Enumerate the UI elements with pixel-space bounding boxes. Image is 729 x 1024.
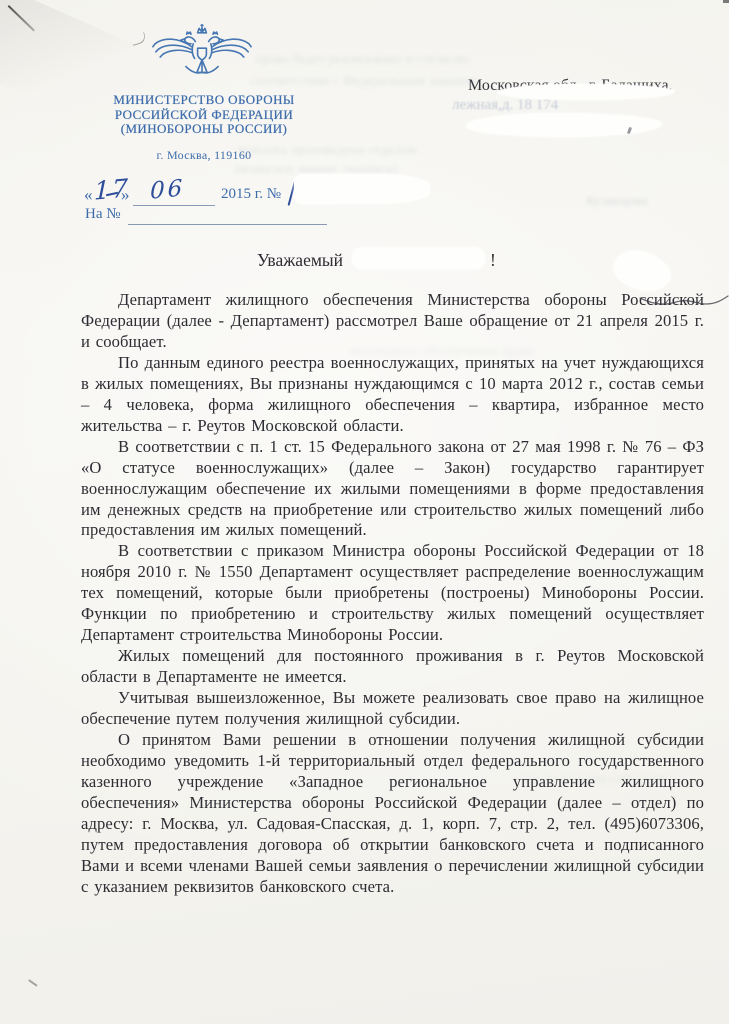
whiteout-patch [466, 113, 662, 137]
bleed-text: выплата произведена отделом [238, 143, 417, 159]
bleed-text: для получения субсидии [520, 772, 666, 788]
reference-number-label: На № [85, 206, 121, 223]
body-paragraph: В соответствии с приказом Министра оборо… [81, 541, 704, 646]
scan-edge-notch [723, 0, 729, 3]
letter-body: Департамент жилищного обеспечения Минист… [81, 290, 704, 898]
whiteout-patch-number [294, 174, 430, 204]
whiteout-patch [497, 84, 675, 100]
redacted-address-fragment: лежная,д. 18 174 [452, 97, 558, 114]
body-paragraph: Жилых помещений для постоянного проживан… [81, 646, 704, 688]
body-paragraph: В соответствии с п. 1 ст. 15 Федеральног… [81, 437, 704, 542]
salutation-exclamation: ! [490, 250, 496, 271]
scanned-letter-page: право будет реализовано и согласно соотв… [0, 0, 729, 1024]
salutation-prefix: Уважаемый [257, 250, 343, 270]
salutation-line: Уважаемый ! [257, 250, 343, 271]
reference-underline [128, 224, 327, 225]
body-paragraph: О принятом Вами решении в отношении полу… [81, 730, 704, 898]
bleed-text: право будет реализовано и согласно [255, 52, 469, 68]
date-underline [133, 205, 215, 206]
pen-mark [130, 32, 147, 46]
body-paragraph: Учитывая вышеизложенное, Вы можете реали… [81, 688, 704, 730]
bleed-text: жилищного обеспечения права [350, 344, 534, 360]
handwritten-month: 06 [150, 175, 186, 204]
body-paragraph: По данным единого реестра военнослужащих… [81, 353, 704, 437]
bleed-text: соответствии с Федеральным законом [250, 74, 477, 90]
ministry-emblem-eagle-icon [150, 24, 254, 90]
date-quote-close: » [121, 185, 130, 205]
date-year-number-label: 2015 г. № [221, 186, 281, 203]
whiteout-patch-name [352, 247, 485, 269]
date-quote-open: « [84, 185, 93, 205]
pen-squiggle [638, 288, 729, 315]
bleed-signature: Кузнецова [586, 194, 648, 210]
pen-mark-bottom [28, 979, 37, 986]
